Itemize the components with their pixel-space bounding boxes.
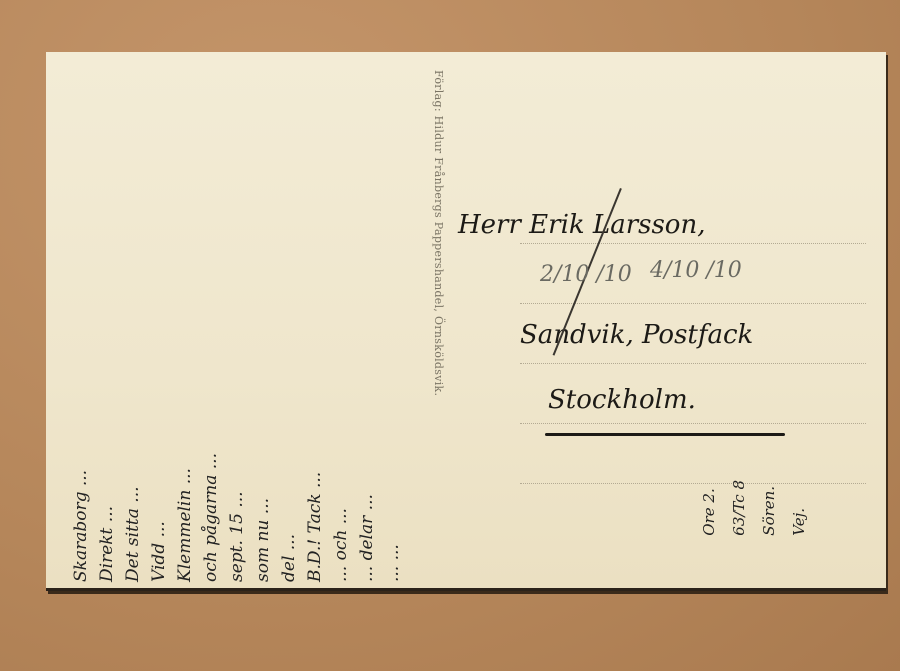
note: Vej.: [790, 480, 808, 536]
publisher-imprint: Förlag: Hildur Frånbergs Pappershandel, …: [432, 70, 445, 396]
pencil-date-1: 2/10 /10: [540, 262, 632, 287]
message-column: Klemmelin ...: [174, 62, 196, 582]
message-column: ... ...: [382, 62, 404, 582]
address-rule: [520, 483, 866, 484]
message-column: Skaraborg ...: [70, 62, 92, 582]
message-column: B.D.! Tack ...: [304, 62, 326, 582]
message-left: Skaraborg ... Direkt ... Det sitta ... V…: [70, 62, 404, 582]
message-column: som nu ...: [252, 62, 274, 582]
message-column: och pågarna ...: [200, 62, 222, 582]
message-column: Direkt ...: [96, 62, 118, 582]
address-rule: [520, 243, 866, 244]
message-column: Vidd ...: [148, 62, 170, 582]
address-line-3: Stockholm.: [548, 385, 696, 415]
bottom-notes: Ore 2. 63/Tc 8 Sören. Vej.: [700, 480, 808, 536]
message-column: ... och ...: [330, 62, 352, 582]
note: Sören.: [760, 480, 778, 536]
address-line-1: Herr Erik Larsson,: [458, 210, 705, 240]
message-column: del ...: [278, 62, 300, 582]
address-rule: [520, 423, 866, 424]
pencil-date-2: 4/10 /10: [650, 258, 742, 283]
message-column: sept. 15 ...: [226, 62, 248, 582]
message-column: Det sitta ...: [122, 62, 144, 582]
address-underline: [545, 433, 785, 436]
note: 63/Tc 8: [730, 480, 748, 536]
message-column: ... delar ...: [356, 62, 378, 582]
address-rule: [520, 363, 866, 364]
note: Ore 2.: [700, 480, 718, 536]
